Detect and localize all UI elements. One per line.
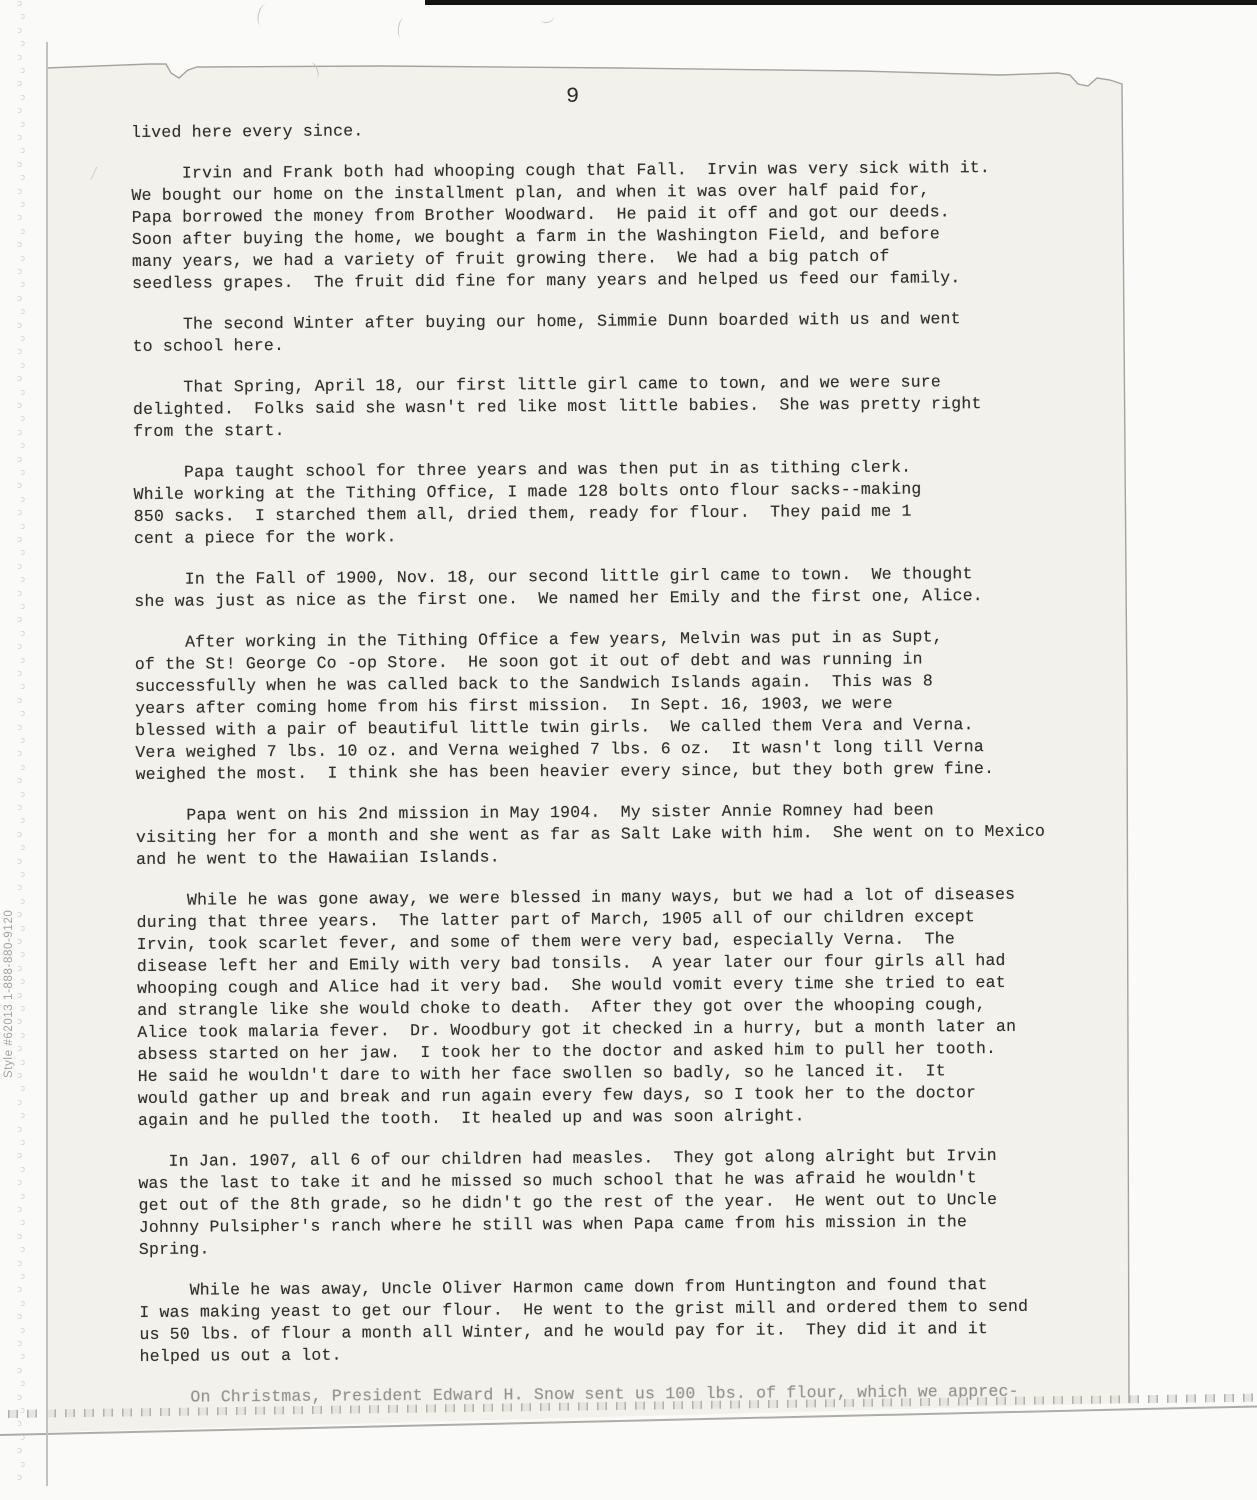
- stitch-mark: ɔ: [20, 1300, 25, 1309]
- stitch-mark: ɔ: [17, 858, 22, 867]
- stitch-mark: ɔ: [20, 415, 25, 424]
- paragraph: In Jan. 1907, all 6 of our children had …: [138, 1144, 1069, 1260]
- stitch-mark: ɔ: [20, 898, 25, 907]
- stitch-mark: ɔ: [17, 965, 22, 974]
- stitch-mark: ɔ: [17, 509, 22, 518]
- stitch-mark: ɔ: [20, 1112, 25, 1121]
- stitch-mark: ɔ: [20, 1407, 25, 1416]
- stitch-mark: ɔ: [17, 348, 22, 357]
- stitch-mark: ɔ: [20, 710, 25, 719]
- stitch-mark: ɔ: [17, 241, 22, 250]
- paragraph: While he was away, Uncle Oliver Harmon c…: [139, 1273, 1070, 1367]
- stitch-mark: ɔ: [17, 1206, 22, 1215]
- stitch-mark: ɔ: [20, 523, 25, 532]
- stitch-mark: ɔ: [17, 1340, 22, 1349]
- stitch-mark: ɔ: [17, 643, 22, 652]
- stitch-mark: ɔ: [20, 228, 25, 237]
- stitch-mark: ɔ: [17, 1394, 22, 1403]
- stitch-mark: ɔ: [17, 482, 22, 491]
- stitch-mark: ɔ: [20, 1273, 25, 1282]
- stitch-mark: ɔ: [20, 442, 25, 451]
- stitch-mark: ɔ: [17, 884, 22, 893]
- stitch-mark: ɔ: [20, 174, 25, 183]
- stitch-mark: ɔ: [20, 496, 25, 505]
- stitch-mark: ɔ: [20, 1461, 25, 1470]
- stitch-mark: ɔ: [20, 1166, 25, 1175]
- stitch-mark: ɔ: [17, 214, 22, 223]
- stitch-mark: ɔ: [20, 683, 25, 692]
- paragraph: In the Fall of 1900, Nov. 18, our second…: [134, 562, 1064, 612]
- stitch-mark: ɔ: [17, 375, 22, 384]
- stitch-mark: ɔ: [20, 121, 25, 130]
- stitch-mark: ɔ: [17, 1045, 22, 1054]
- stitch-mark: ɔ: [17, 563, 22, 572]
- stitch-mark: ɔ: [20, 1139, 25, 1148]
- stitch-mark: ɔ: [20, 1353, 25, 1362]
- stitch-mark: ɔ: [17, 402, 22, 411]
- paragraph: After working in the Tithing Office a fe…: [135, 625, 1066, 785]
- scan-top-black-bar: [425, 0, 1257, 5]
- stitch-mark: ɔ: [20, 201, 25, 210]
- stitch-mark: ɔ: [17, 1367, 22, 1376]
- stitch-mark: ɔ: [17, 911, 22, 920]
- stitch-mark: ɔ: [20, 308, 25, 317]
- paragraph: Irvin and Frank both had whooping cough …: [131, 157, 1062, 295]
- paragraph: That Spring, April 18, our first little …: [133, 371, 1063, 443]
- stitch-mark: ɔ: [17, 804, 22, 813]
- stitch-mark: ɔ: [20, 1059, 25, 1068]
- stitch-mark: ɔ: [20, 951, 25, 960]
- paragraph: The second Winter after buying our home,…: [132, 308, 1062, 358]
- stitch-mark: ɔ: [20, 147, 25, 156]
- stitch-mark: ɔ: [17, 161, 22, 170]
- stitch-mark: ɔ: [17, 616, 22, 625]
- stitch-mark: ɔ: [20, 791, 25, 800]
- stitch-mark: ɔ: [17, 1099, 22, 1108]
- typed-text-body: lived here every since. Irvin and Frank …: [131, 116, 1070, 1409]
- stitch-mark: ɔ: [20, 469, 25, 478]
- stitch-mark: ɔ: [17, 1072, 22, 1081]
- stitch-mark: ɔ: [17, 992, 22, 1001]
- stitch-mark: ɔ: [20, 67, 25, 76]
- stitch-mark: ɔ: [20, 871, 25, 880]
- stitch-mark: ɔ: [20, 603, 25, 612]
- stitch-mark: ɔ: [20, 389, 25, 398]
- stitch-mark: ɔ: [20, 817, 25, 826]
- paragraph: While he was gone away, we were blessed …: [136, 883, 1068, 1131]
- stitch-mark: ɔ: [17, 670, 22, 679]
- stitch-mark: ɔ: [17, 1233, 22, 1242]
- stitch-mark: ɔ: [17, 1474, 22, 1483]
- stitch-mark: ɔ: [20, 1327, 25, 1336]
- stitch-mark: ɔ: [17, 938, 22, 947]
- stitch-mark: ɔ: [17, 777, 22, 786]
- stitch-mark: ɔ: [17, 27, 22, 36]
- stitch-mark: ɔ: [20, 978, 25, 987]
- stitch-mark: ɔ: [17, 134, 22, 143]
- stitch-mark: ɔ: [17, 80, 22, 89]
- stitch-mark: ɔ: [17, 295, 22, 304]
- protector-style-label: Style #62013 1-888-880-9120: [3, 910, 15, 1078]
- stitch-mark: ɔ: [20, 549, 25, 558]
- stitch-mark: ɔ: [17, 0, 22, 9]
- stitch-mark: ɔ: [20, 925, 25, 934]
- stitch-mark: ɔ: [17, 107, 22, 116]
- stitch-mark: ɔ: [17, 1018, 22, 1027]
- stitch-mark: ɔ: [20, 40, 25, 49]
- paragraph: Papa went on his 2nd mission in May 1904…: [136, 798, 1066, 870]
- scanned-document-page: 9 lived here every since. Irvin and Fran…: [0, 0, 1257, 1500]
- stitch-mark: ɔ: [17, 1313, 22, 1322]
- stitch-mark: ɔ: [20, 1246, 25, 1255]
- stitch-mark: ɔ: [17, 724, 22, 733]
- stitch-mark: ɔ: [20, 362, 25, 371]
- stitch-mark: ɔ: [17, 536, 22, 545]
- stitch-mark: ɔ: [20, 1085, 25, 1094]
- stitch-mark: ɔ: [17, 590, 22, 599]
- stitch-mark: ɔ: [20, 844, 25, 853]
- stitch-mark: ɔ: [20, 1005, 25, 1014]
- stitch-mark: ɔ: [20, 1434, 25, 1443]
- page-number: 9: [566, 84, 579, 109]
- stitch-mark: ɔ: [20, 13, 25, 22]
- stitch-mark: ɔ: [17, 1447, 22, 1456]
- stitch-mark: ɔ: [17, 1179, 22, 1188]
- stitch-mark: ɔ: [20, 255, 25, 264]
- paragraph: Papa taught school for three years and w…: [133, 455, 1064, 549]
- protector-seam-line: [46, 42, 48, 1486]
- stitch-mark: ɔ: [20, 576, 25, 585]
- stitch-mark: ɔ: [20, 1219, 25, 1228]
- stitch-mark: ɔ: [17, 1126, 22, 1135]
- stitch-mark: ɔ: [20, 1193, 25, 1202]
- stitch-mark: ɔ: [20, 630, 25, 639]
- stitch-mark: ɔ: [20, 657, 25, 666]
- stitch-mark: ɔ: [17, 188, 22, 197]
- stitch-mark: ɔ: [17, 429, 22, 438]
- stitch-mark: ɔ: [20, 1380, 25, 1389]
- stitch-mark: ɔ: [17, 750, 22, 759]
- stitch-mark: ɔ: [17, 456, 22, 465]
- stitch-mark: ɔ: [20, 764, 25, 773]
- stitch-mark: ɔ: [17, 1286, 22, 1295]
- stitch-mark: ɔ: [17, 268, 22, 277]
- stitch-mark: ɔ: [17, 54, 22, 63]
- stitch-mark: ɔ: [20, 737, 25, 746]
- stitch-mark: ɔ: [20, 335, 25, 344]
- stitch-mark: ɔ: [20, 94, 25, 103]
- stitch-mark: ɔ: [20, 1032, 25, 1041]
- stitch-mark: ɔ: [17, 1152, 22, 1161]
- stitch-mark: ɔ: [20, 281, 25, 290]
- stitch-mark: ɔ: [17, 697, 22, 706]
- protector-stitching-left: ɔɔɔɔɔɔɔɔɔɔɔɔɔɔɔɔɔɔɔɔɔɔɔɔɔɔɔɔɔɔɔɔɔɔɔɔɔɔɔɔ…: [17, 0, 35, 1500]
- stitch-mark: ɔ: [17, 322, 22, 331]
- stitch-mark: ɔ: [17, 831, 22, 840]
- stitch-mark: ɔ: [17, 1260, 22, 1269]
- stitch-mark: ɔ: [17, 1420, 22, 1429]
